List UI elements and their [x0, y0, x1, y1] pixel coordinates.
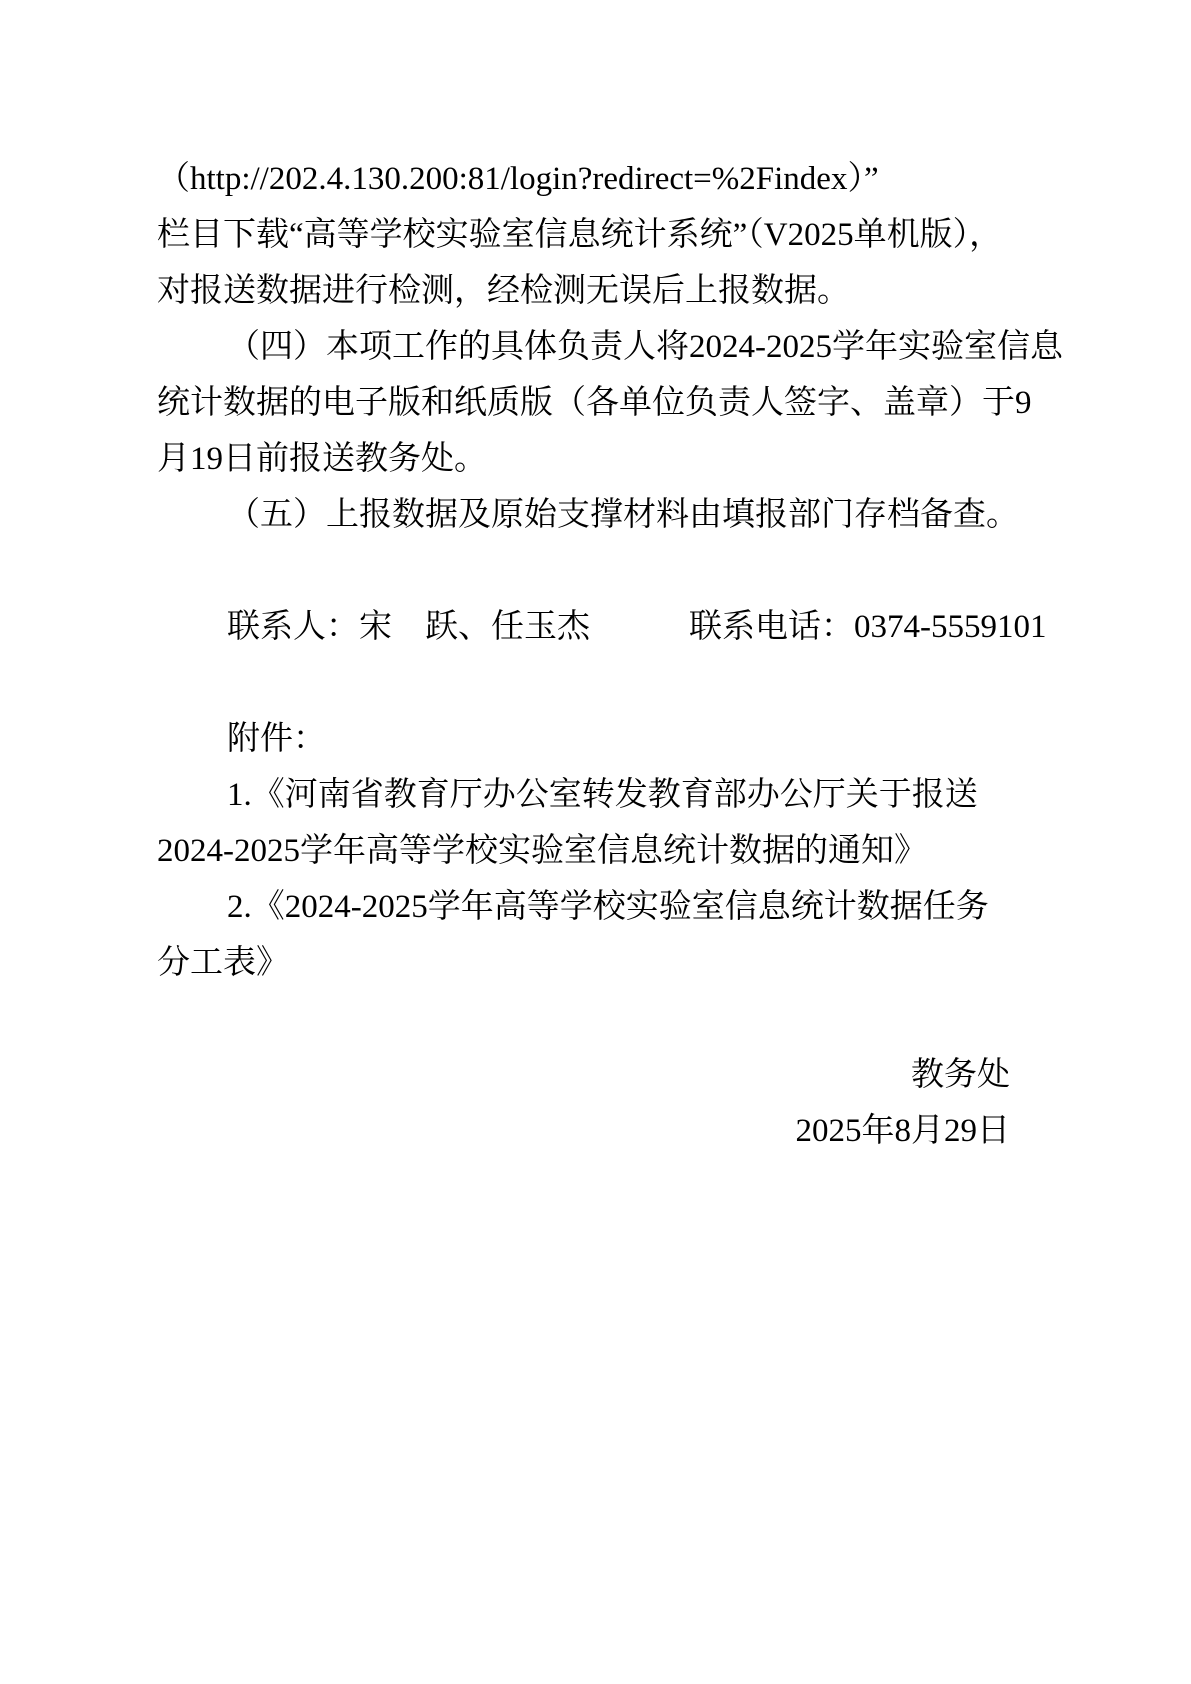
- signature-date: 2025年8月29日: [157, 1103, 1067, 1159]
- attachment-1-line-2: 2024-2025学年高等学校实验室信息统计数据的通知》: [157, 823, 1067, 879]
- para-download-line-3: 对报送数据进行检测，经检测无误后上报数据。: [157, 263, 1067, 319]
- attachment-2-line-1: 2.《2024-2025学年高等学校实验室信息统计数据任务: [157, 879, 1067, 935]
- para-download-line-1: （http://202.4.130.200:81/login?redirect=…: [157, 151, 1067, 207]
- blank-line: [157, 991, 1067, 1047]
- para-item5-line-1: （五）上报数据及原始支撑材料由填报部门存档备查。: [157, 487, 1067, 543]
- blank-line: [157, 543, 1067, 599]
- notice-document-page: （http://202.4.130.200:81/login?redirect=…: [0, 0, 1191, 1684]
- signature-department: 教务处: [157, 1047, 1067, 1103]
- para-item4-line-3: 月19日前报送教务处。: [157, 431, 1067, 487]
- attachments-heading: 附件：: [157, 711, 1067, 767]
- attachment-2-line-2: 分工表》: [157, 935, 1067, 991]
- para-item4-line-1: （四）本项工作的具体负责人将2024-2025学年实验室信息: [157, 319, 1067, 375]
- blank-line: [157, 655, 1067, 711]
- para-item4-line-2: 统计数据的电子版和纸质版（各单位负责人签字、盖章）于9: [157, 375, 1067, 431]
- attachment-1-line-1: 1.《河南省教育厅办公室转发教育部办公厅关于报送: [157, 767, 1067, 823]
- para-download-line-2: 栏目下载“高等学校实验室信息统计系统”（V2025单机版），: [157, 207, 1067, 263]
- contact-line: 联系人：宋 跃、任玉杰 联系电话：0374-5559101: [157, 599, 1067, 655]
